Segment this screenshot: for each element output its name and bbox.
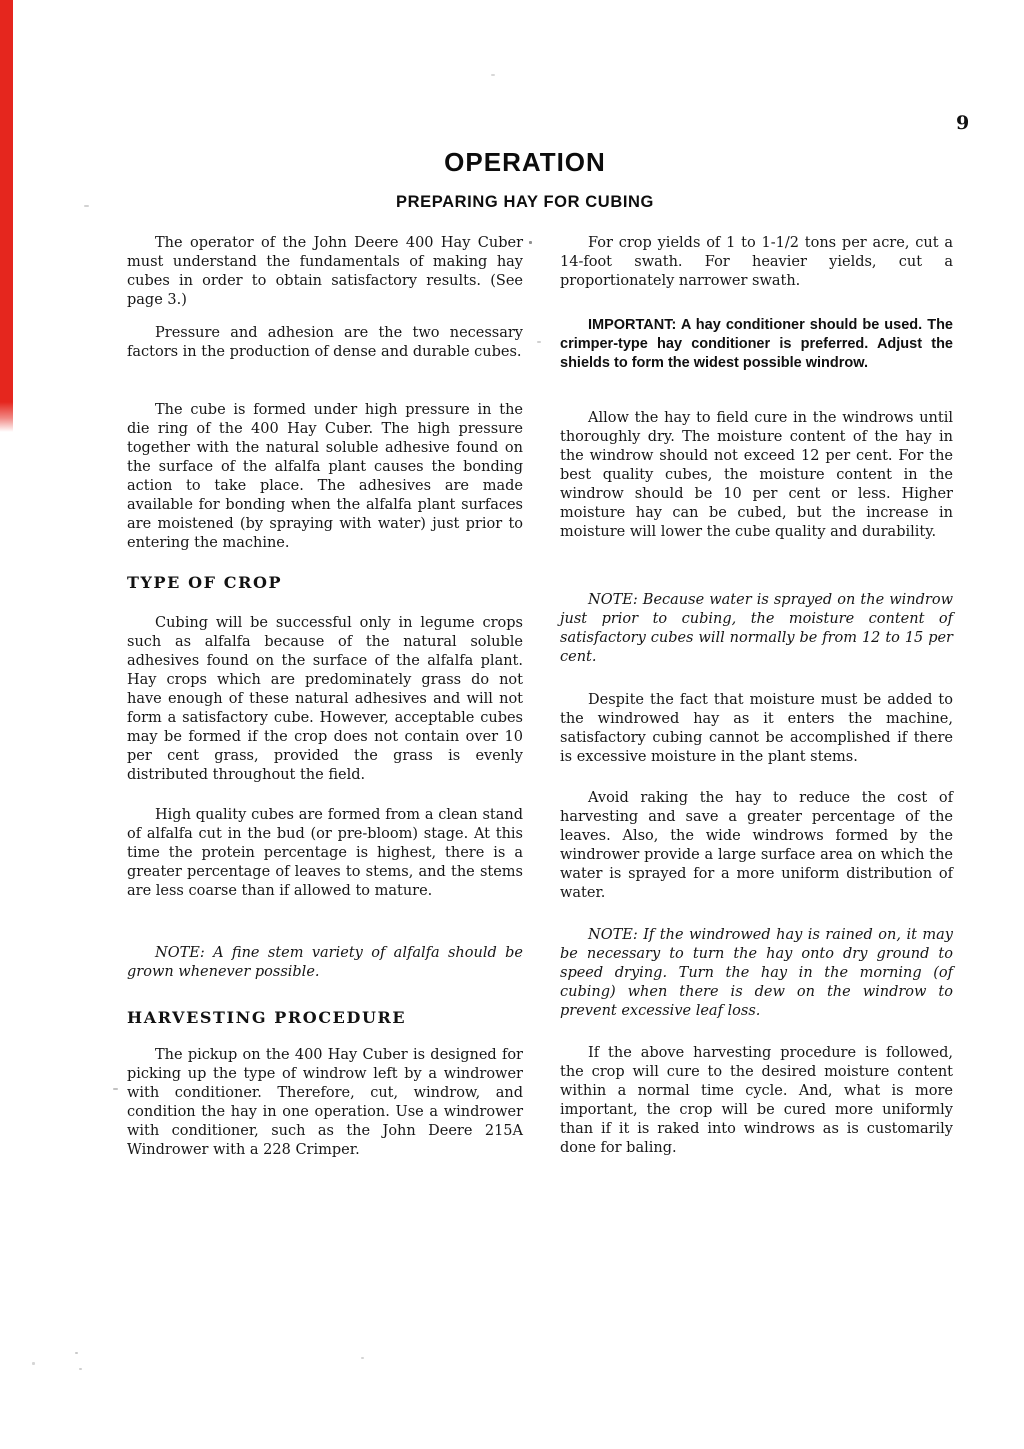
body-paragraph: The operator of the John Deere 400 Hay C… — [127, 234, 523, 310]
scan-speck — [79, 1368, 82, 1370]
body-paragraph: The cube is formed under high pressure i… — [127, 401, 523, 553]
scan-speck — [75, 1352, 78, 1354]
scan-speck — [113, 1088, 118, 1090]
heading-harvesting-procedure: HARVESTING PROCEDURE — [127, 1008, 523, 1027]
important-paragraph: IMPORTANT: A hay conditioner should be u… — [560, 316, 953, 373]
manual-page: 9 OPERATION PREPARING HAY FOR CUBING The… — [0, 0, 1024, 1449]
page-title: OPERATION — [0, 147, 1024, 178]
note-paragraph: NOTE: Because water is sprayed on the wi… — [560, 591, 953, 667]
red-binder-stripe — [0, 0, 13, 432]
scan-speck — [84, 205, 89, 207]
body-paragraph: If the above harvesting procedure is fol… — [560, 1044, 953, 1158]
page-number: 9 — [956, 112, 969, 134]
body-paragraph: For crop yields of 1 to 1-1/2 tons per a… — [560, 234, 953, 291]
page-subtitle: PREPARING HAY FOR CUBING — [0, 193, 1024, 212]
scan-speck — [491, 74, 495, 76]
scan-speck — [32, 1362, 35, 1365]
body-paragraph: Pressure and adhesion are the two necess… — [127, 324, 523, 362]
body-paragraph: Despite the fact that moisture must be a… — [560, 691, 953, 767]
body-paragraph: Cubing will be successful only in legume… — [127, 614, 523, 785]
heading-type-of-crop: TYPE OF CROP — [127, 573, 523, 592]
body-paragraph: The pickup on the 400 Hay Cuber is desig… — [127, 1046, 523, 1160]
body-paragraph: Avoid raking the hay to reduce the cost … — [560, 789, 953, 903]
scan-speck — [361, 1357, 364, 1359]
scan-speck — [529, 241, 532, 244]
body-paragraph: High quality cubes are formed from a cle… — [127, 806, 523, 901]
note-paragraph: NOTE: If the windrowed hay is rained on,… — [560, 926, 953, 1021]
scan-speck — [537, 341, 541, 343]
note-paragraph: NOTE: A fine stem variety of alfalfa sho… — [127, 944, 523, 982]
body-paragraph: Allow the hay to field cure in the windr… — [560, 409, 953, 542]
